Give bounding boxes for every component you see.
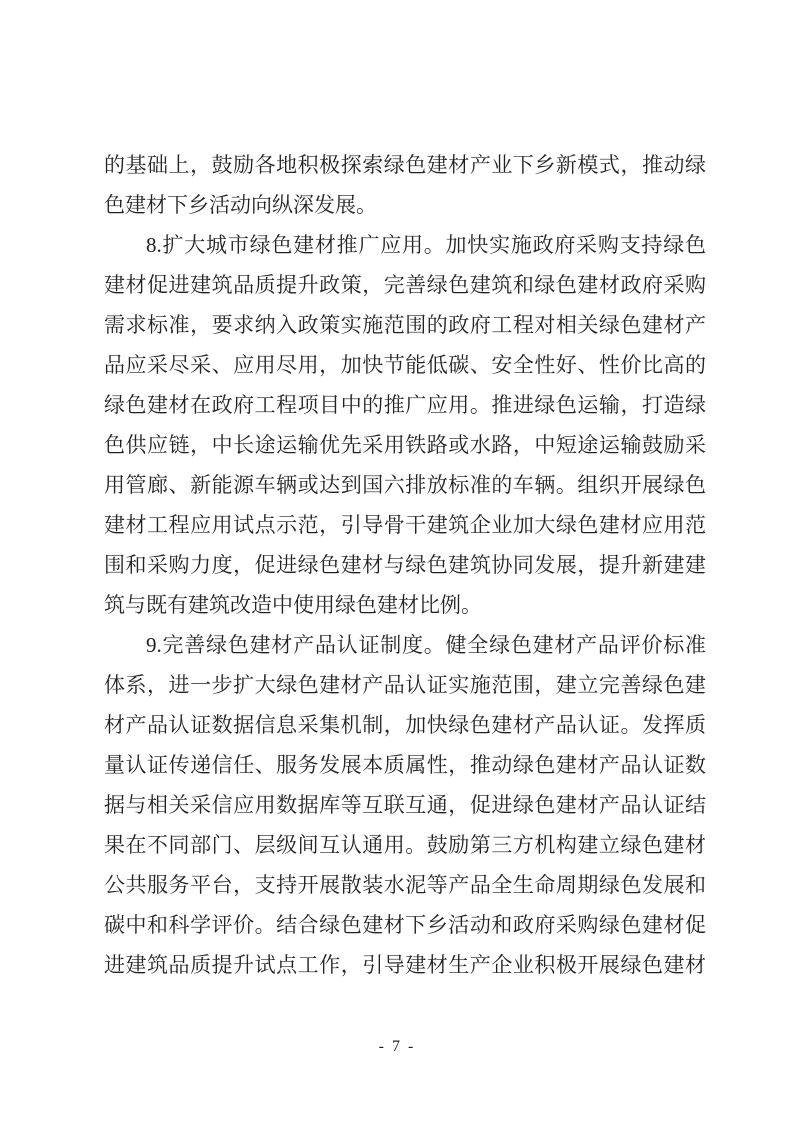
text-line: 色供应链，中长途运输优先采用铁路或水路，中短途运输鼓励采 — [104, 425, 706, 465]
text-block: 的基础上，鼓励各地积极探索绿色建材产业下乡新模式，推动绿色建材下乡活动向纵深发展… — [104, 145, 706, 985]
text-line: 围和采购力度，促进绿色建材与绿色建筑协同发展，提升新建建 — [104, 545, 706, 585]
text-line: 碳中和科学评价。结合绿色建材下乡活动和政府采购绿色建材促 — [104, 905, 706, 945]
text-line: 体系，进一步扩大绿色建材产品认证实施范围，建立完善绿色建 — [104, 665, 706, 705]
page-number: - 7 - — [379, 1038, 416, 1055]
text-line: 9.完善绿色建材产品认证制度。健全绿色建材产品评价标准 — [104, 625, 706, 665]
text-line: 材产品认证数据信息采集机制，加快绿色建材产品认证。发挥质 — [104, 705, 706, 745]
text-line: 需求标准，要求纳入政策实施范围的政府工程对相关绿色建材产 — [104, 305, 706, 345]
text-line: 据与相关采信应用数据库等互联互通，促进绿色建材产品认证结 — [104, 785, 706, 825]
text-line: 量认证传递信任、服务发展本质属性，推动绿色建材产品认证数 — [104, 745, 706, 785]
text-line: 果在不同部门、层级间互认通用。鼓励第三方机构建立绿色建材 — [104, 825, 706, 865]
text-line: 用管廊、新能源车辆或达到国六排放标准的车辆。组织开展绿色 — [104, 465, 706, 505]
paragraph: 9.完善绿色建材产品认证制度。健全绿色建材产品评价标准体系，进一步扩大绿色建材产… — [104, 625, 706, 985]
paragraph: 8.扩大城市绿色建材推广应用。加快实施政府采购支持绿色建材促进建筑品质提升政策，… — [104, 225, 706, 625]
text-line: 公共服务平台，支持开展散装水泥等产品全生命周期绿色发展和 — [104, 865, 706, 905]
paragraph: 的基础上，鼓励各地积极探索绿色建材产业下乡新模式，推动绿色建材下乡活动向纵深发展… — [104, 145, 706, 225]
text-line: 8.扩大城市绿色建材推广应用。加快实施政府采购支持绿色 — [104, 225, 706, 265]
text-line: 色建材下乡活动向纵深发展。 — [104, 185, 706, 225]
text-line: 进建筑品质提升试点工作，引导建材生产企业积极开展绿色建材 — [104, 945, 706, 985]
page-footer: - 7 - — [0, 1038, 794, 1056]
text-line: 绿色建材在政府工程项目中的推广应用。推进绿色运输，打造绿 — [104, 385, 706, 425]
text-line: 建材工程应用试点示范，引导骨干建筑企业加大绿色建材应用范 — [104, 505, 706, 545]
text-line: 建材促进建筑品质提升政策，完善绿色建筑和绿色建材政府采购 — [104, 265, 706, 305]
text-line: 筑与既有建筑改造中使用绿色建材比例。 — [104, 585, 706, 625]
text-line: 的基础上，鼓励各地积极探索绿色建材产业下乡新模式，推动绿 — [104, 145, 706, 185]
text-line: 品应采尽采、应用尽用，加快节能低碳、安全性好、性价比高的 — [104, 345, 706, 385]
document-page: 的基础上，鼓励各地积极探索绿色建材产业下乡新模式，推动绿色建材下乡活动向纵深发展… — [0, 0, 794, 1123]
